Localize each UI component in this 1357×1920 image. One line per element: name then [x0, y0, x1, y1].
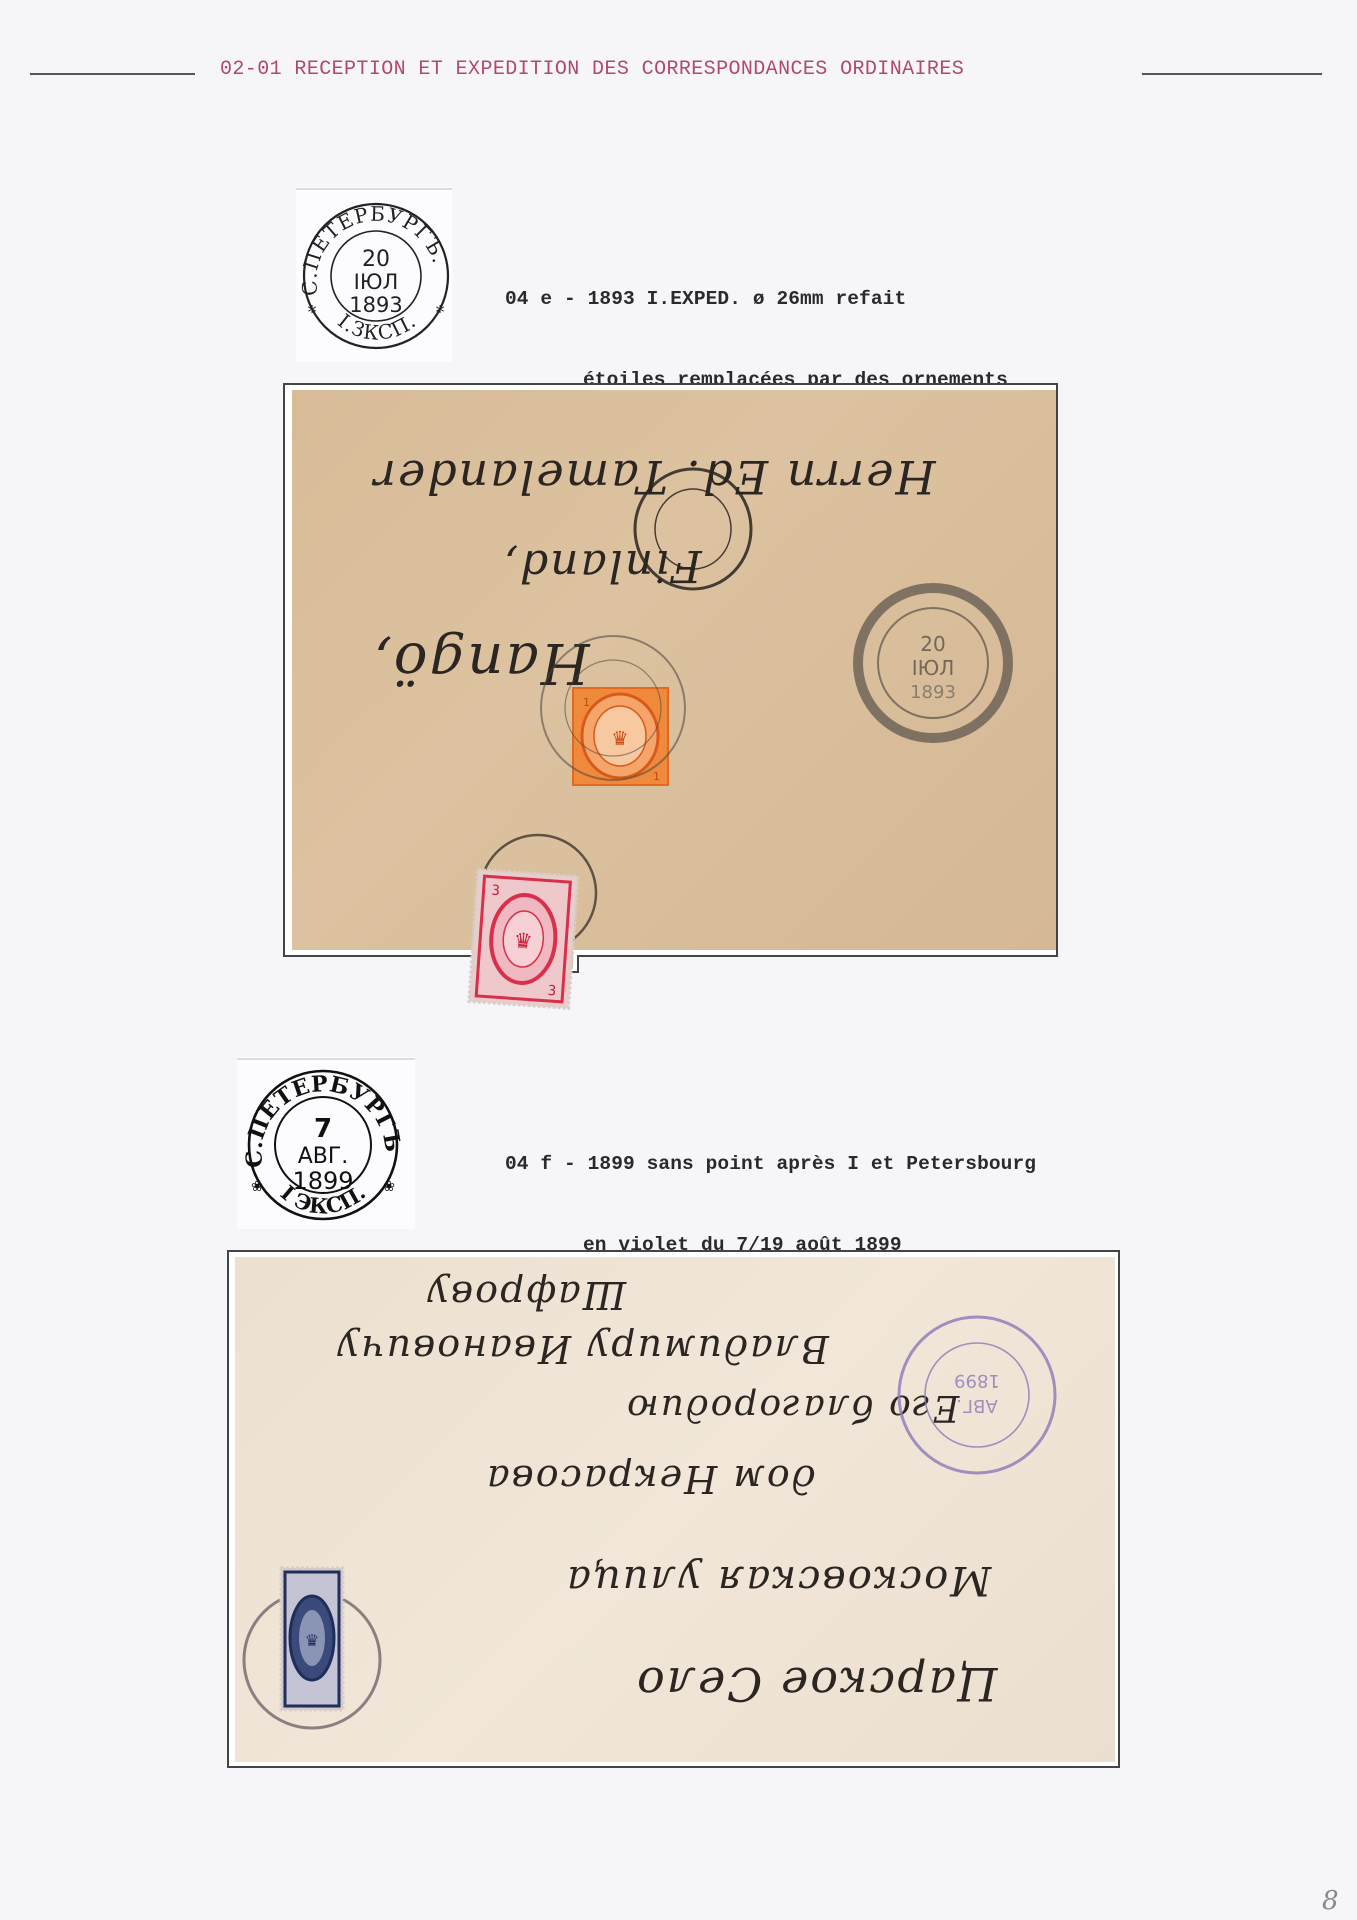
- svg-text:♛: ♛: [514, 924, 532, 955]
- svg-text:1893: 1893: [910, 682, 956, 703]
- svg-text:ІЮЛ: ІЮЛ: [354, 270, 399, 294]
- page-number: 8: [1322, 1886, 1339, 1916]
- svg-text:20: 20: [362, 247, 390, 272]
- postmark-grey-right: 20 ІЮЛ 1893: [858, 588, 1008, 738]
- svg-text:1: 1: [583, 696, 590, 709]
- svg-text:3: 3: [547, 983, 557, 1000]
- cancel-illustration-1899: С.ПЕТЕРБУРГЪ І ЭКСП. 7 АВГ. 1899 ❀ ❀: [237, 1057, 415, 1229]
- ornament-icon: ❀: [252, 1175, 263, 1196]
- adhesive-stamp-3-kopeck: ♛ 3 3: [469, 870, 578, 1009]
- svg-text:АВГ.: АВГ.: [956, 1395, 997, 1416]
- ornament-icon: *: [307, 302, 318, 323]
- postmark-violet: АВГ. 1899: [899, 1317, 1055, 1473]
- svg-text:АВГ.: АВГ.: [298, 1144, 349, 1169]
- svg-text:1: 1: [653, 770, 660, 783]
- cancel-illustration-1893: С.ПЕТЕРБУРГЪ. І.ЗКСП. 20 ІЮЛ 1893 * *: [296, 187, 452, 362]
- svg-text:20: 20: [920, 632, 945, 656]
- svg-text:♛: ♛: [613, 723, 627, 751]
- header-rule-left: [30, 73, 195, 75]
- ornament-icon: *: [435, 302, 446, 323]
- svg-text:♛: ♛: [306, 1627, 318, 1651]
- ornament-icon: ❀: [384, 1175, 395, 1196]
- svg-text:1893: 1893: [349, 293, 402, 317]
- page-title: 02-01 RECEPTION ET EXPEDITION DES CORRES…: [220, 58, 1120, 81]
- svg-text:3: 3: [491, 883, 501, 900]
- cover-markings: АВГ. 1899 ♛: [227, 1250, 1120, 1768]
- svg-text:ІЮЛ: ІЮЛ: [912, 656, 955, 680]
- imprinted-stamp-1-kopeck: ♛ 1 1: [573, 688, 668, 785]
- svg-text:1899: 1899: [292, 1167, 353, 1195]
- header-rule-right: [1142, 73, 1322, 75]
- postmark-black-upper: [635, 469, 751, 589]
- adhesive-stamp-7-kopeck: ♛: [281, 1568, 343, 1710]
- svg-text:1899: 1899: [954, 1370, 1000, 1391]
- wrapper-markings: 20 ІЮЛ 1893 ♛ 1 1 ♛ 3 3: [283, 383, 1073, 1043]
- svg-text:7: 7: [314, 1114, 332, 1144]
